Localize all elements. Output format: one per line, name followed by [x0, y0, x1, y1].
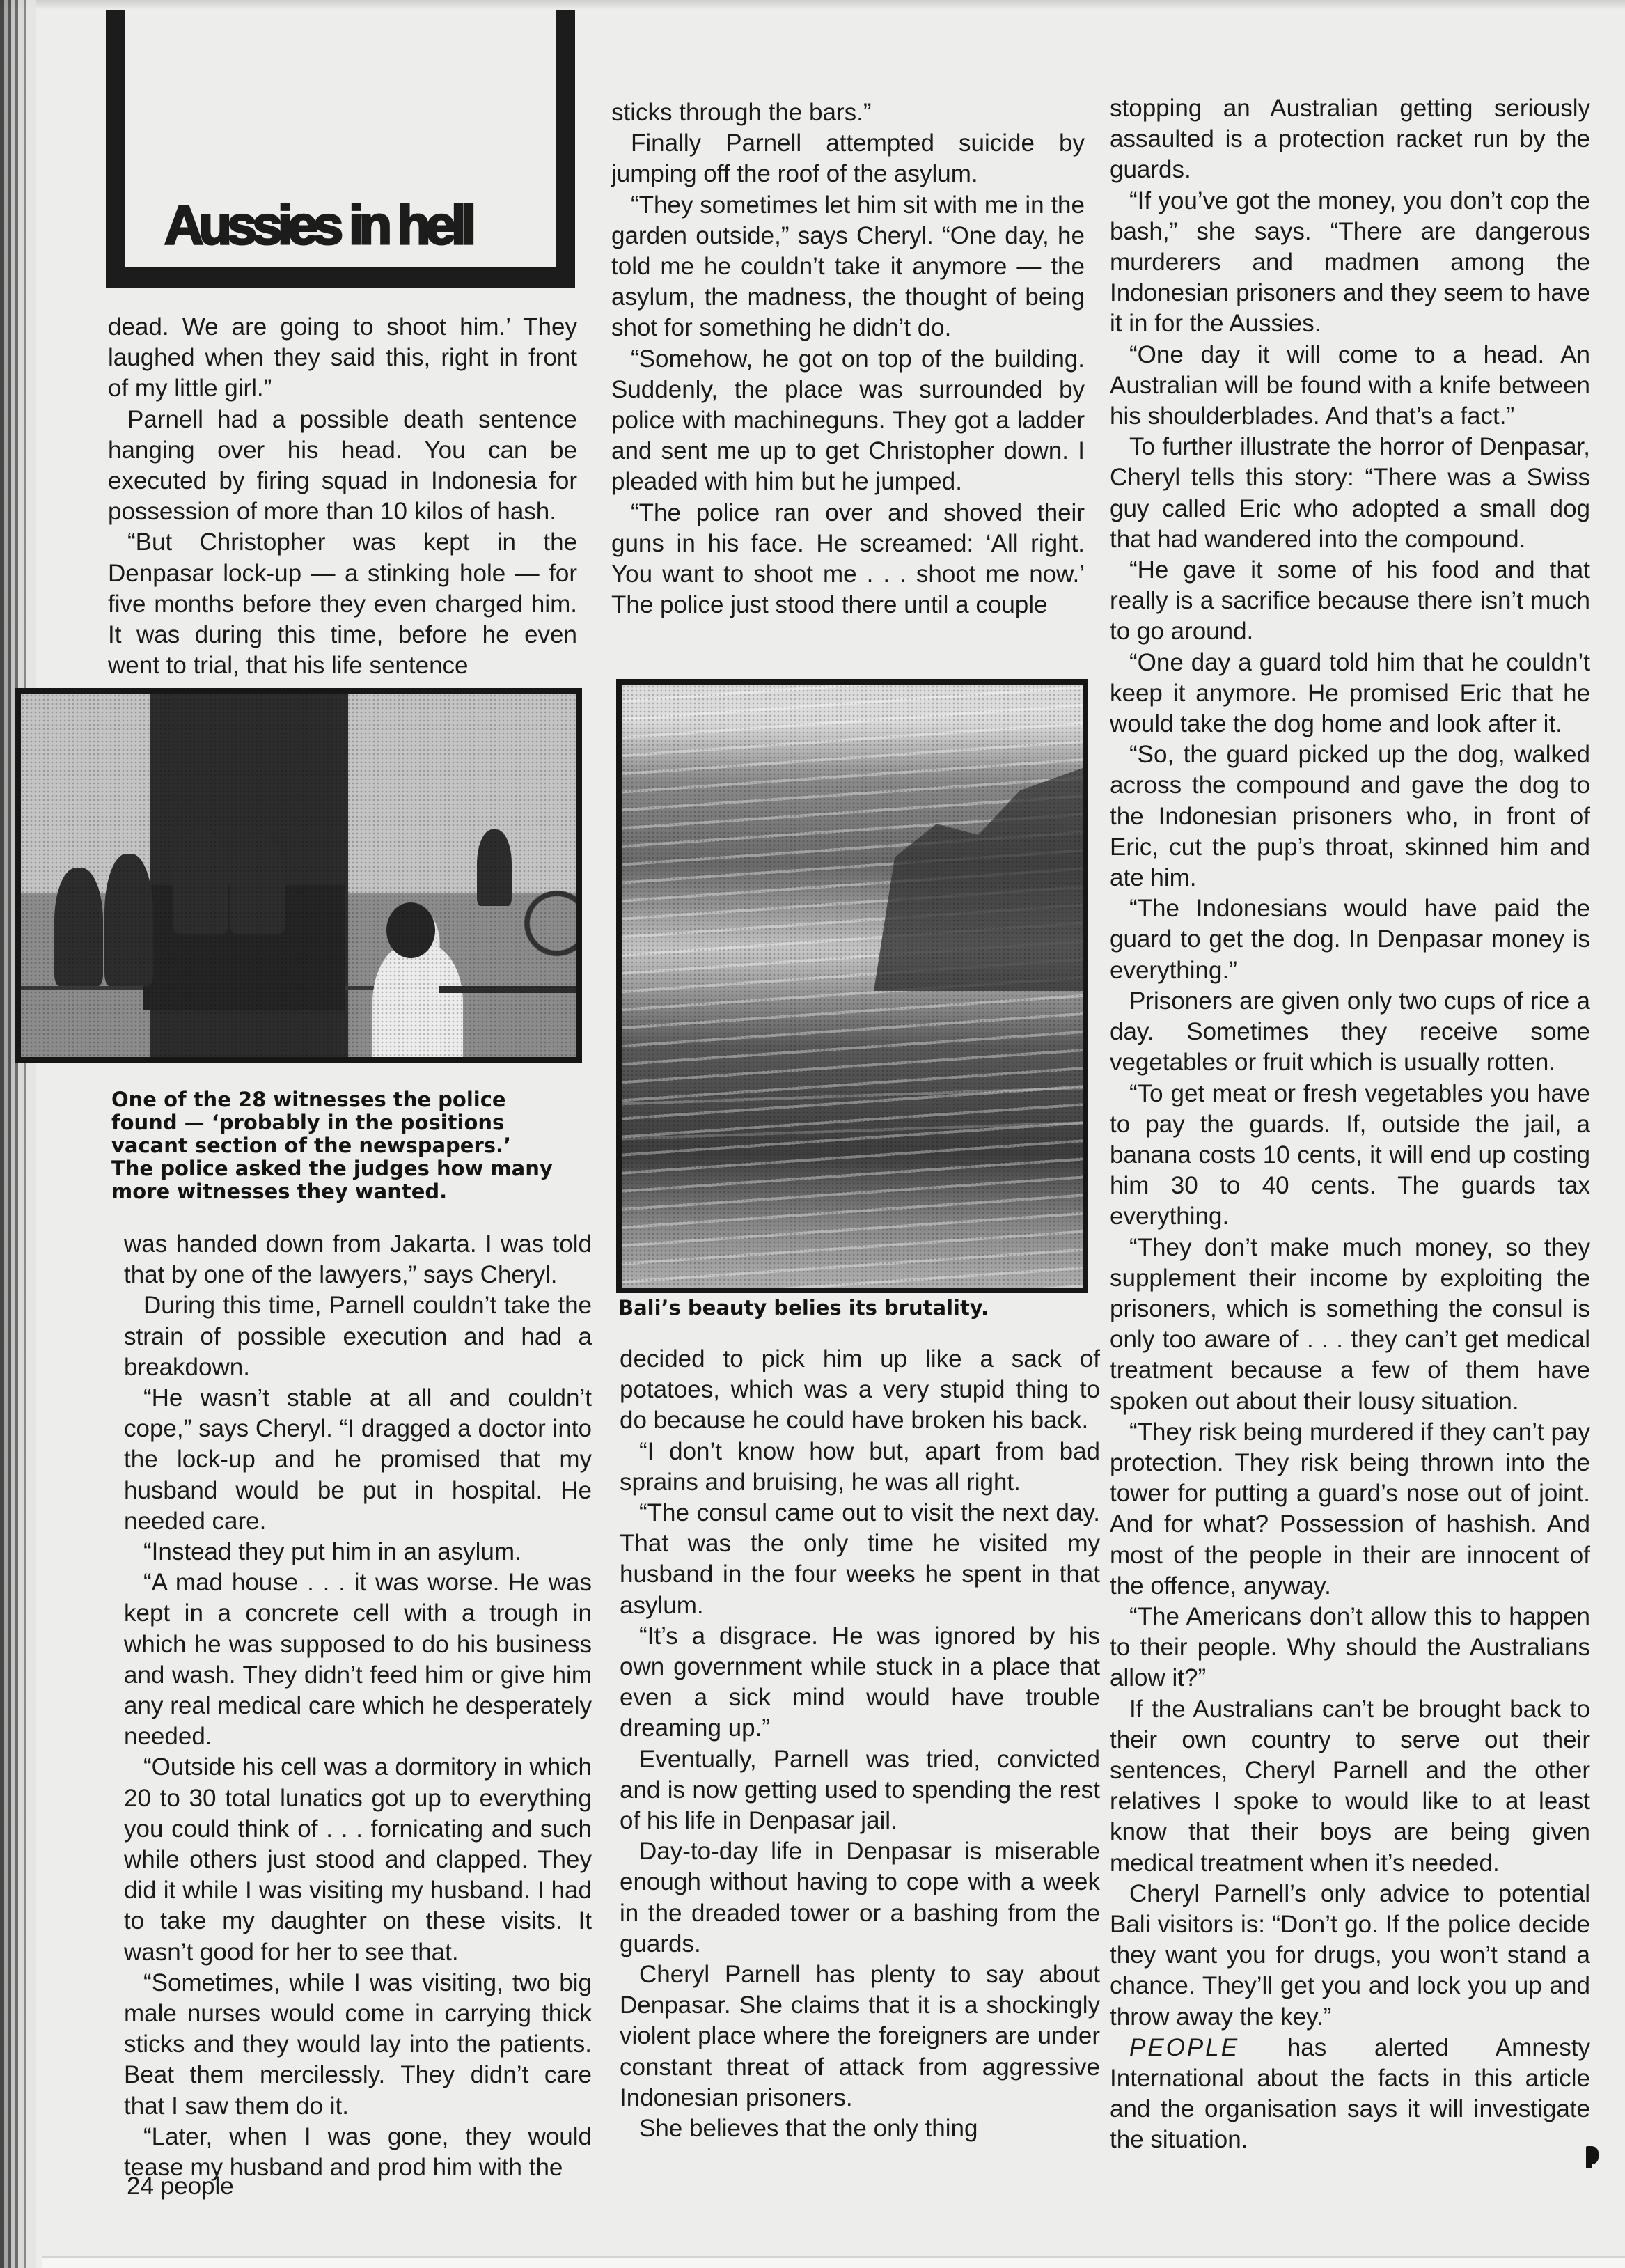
courtroom-photo-caption: One of the 28 witnesses the police found… — [111, 1088, 557, 1203]
article-paragraph: “The police ran over and shoved their gu… — [611, 498, 1085, 621]
article-paragraph: “I don’t know how but, apart from bad sp… — [620, 1437, 1100, 1498]
article-paragraph: “The Indonesians would have paid the gua… — [1110, 893, 1590, 986]
headline-box: Aussies in hell — [106, 10, 575, 288]
article-paragraph: decided to pick him up like a sack of po… — [620, 1344, 1100, 1437]
page-bottom-edge — [42, 2256, 1625, 2268]
halftone-texture — [622, 685, 1083, 1288]
article-paragraph: “So, the guard picked up the dog, walked… — [1110, 740, 1590, 893]
column-2-top-text: sticks through the bars.”Finally Parnell… — [611, 97, 1085, 620]
article-paragraph: “Somehow, he got on top of the building.… — [611, 344, 1085, 498]
article-paragraph: “The Americans don’t allow this to happe… — [1110, 1602, 1590, 1694]
article-paragraph: “They risk being murdered if they can’t … — [1110, 1417, 1590, 1602]
article-paragraph: was handed down from Jakarta. I was told… — [124, 1229, 592, 1290]
article-paragraph: “They don’t make much money, so they sup… — [1110, 1233, 1590, 1417]
article-paragraph: Parnell had a possible death sentence ha… — [108, 405, 577, 528]
article-paragraph: “If you’ve got the money, you don’t cop … — [1110, 186, 1590, 340]
article-paragraph: “Outside his cell was a dormitory in whi… — [124, 1752, 592, 1967]
article-paragraph: “To get meat or fresh vegetables you hav… — [1110, 1079, 1590, 1233]
magazine-binding-edge — [0, 0, 36, 2268]
article-paragraph: Cheryl Parnell has plenty to say about D… — [620, 1960, 1100, 2113]
article-paragraph: “He gave it some of his food and that re… — [1110, 555, 1590, 648]
column-3-paragraphs: stopping an Australian getting seriously… — [1110, 93, 1590, 2033]
article-paragraph: She believes that the only thing — [620, 2113, 1100, 2144]
article-paragraph: If the Australians can’t be brought back… — [1110, 1694, 1590, 1879]
article-paragraph: “One day it will come to a head. An Aust… — [1110, 340, 1590, 432]
article-paragraph: Cheryl Parnell’s only advice to potentia… — [1110, 1879, 1590, 2033]
column-1-bottom-text: was handed down from Jakarta. I was told… — [124, 1229, 592, 2183]
headline: Aussies in hell — [164, 198, 471, 252]
article-paragraph: Finally Parnell attempted suicide by jum… — [611, 128, 1085, 189]
article-paragraph: dead. We are going to shoot him.’ They l… — [108, 312, 577, 405]
page-top-edge — [0, 0, 1625, 10]
article-paragraph: Day-to-day life in Denpasar is miserable… — [620, 1836, 1100, 1960]
article-paragraph: “But Christopher was kept in the Denpasa… — [108, 527, 577, 681]
courtroom-photo — [15, 688, 582, 1063]
article-paragraph: “They sometimes let him sit with me in t… — [611, 190, 1085, 344]
article-paragraph: “The consul came out to visit the next d… — [620, 1498, 1100, 1621]
bali-terraces-photo — [616, 679, 1088, 1293]
article-paragraph: “He wasn’t stable at all and couldn’t co… — [124, 1383, 592, 1537]
closing-paragraph: PEOPLE has alerted Amnesty International… — [1110, 2033, 1590, 2156]
halftone-texture — [21, 694, 576, 1057]
column-2-bottom-text: decided to pick him up like a sack of po… — [620, 1344, 1100, 2144]
article-paragraph: During this time, Parnell couldn’t take … — [124, 1290, 592, 1383]
article-paragraph: stopping an Australian getting seriously… — [1110, 93, 1590, 186]
column-3-text: stopping an Australian getting seriously… — [1110, 93, 1590, 2156]
end-of-article-marker-icon — [1586, 2146, 1599, 2164]
article-paragraph: “One day a guard told him that he couldn… — [1110, 648, 1590, 740]
article-paragraph: Eventually, Parnell was tried, convicted… — [620, 1744, 1100, 1837]
bali-photo-caption: Bali’s beauty belies its brutality. — [618, 1297, 1092, 1320]
article-paragraph: “It’s a disgrace. He was ignored by his … — [620, 1621, 1100, 1744]
article-paragraph: “A mad house . . . it was worse. He was … — [124, 1567, 592, 1752]
article-paragraph: “Instead they put him in an asylum. — [124, 1537, 592, 1567]
article-paragraph: Prisoners are given only two cups of ric… — [1110, 986, 1590, 1079]
page-footer: 24 people — [127, 2173, 234, 2200]
article-paragraph: sticks through the bars.” — [611, 97, 1085, 128]
column-1-top-text: dead. We are going to shoot him.’ They l… — [108, 312, 577, 681]
article-paragraph: “Sometimes, while I was visiting, two bi… — [124, 1968, 592, 2122]
magazine-name-italic: PEOPLE — [1129, 2034, 1239, 2061]
article-paragraph: To further illustrate the horror of Denp… — [1110, 432, 1590, 555]
